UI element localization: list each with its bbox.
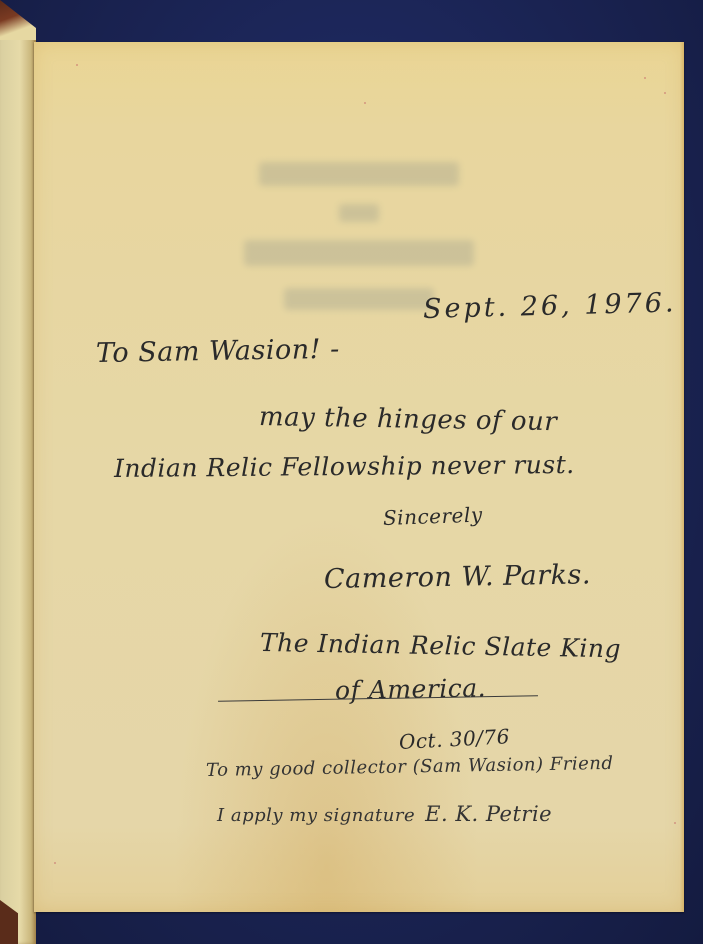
faded-text-line xyxy=(339,204,379,222)
second-inscription-text: I apply my signature xyxy=(217,805,415,826)
signer-title-line-2: of America. xyxy=(335,673,487,705)
foxing-spot xyxy=(364,102,366,104)
faded-text-line xyxy=(244,240,474,266)
signer-title-line-1: The Indian Relic Slate King xyxy=(260,628,622,663)
foxing-spot xyxy=(664,92,666,94)
second-inscription-line-2: I apply my signatureE. K. Petrie xyxy=(217,802,552,826)
second-inscription-line-1: To my good collector (Sam Wasion) Friend xyxy=(206,753,614,781)
signature-ek-petrie: E. K. Petrie xyxy=(425,802,552,826)
foxing-spot xyxy=(54,862,56,864)
inscription-date-2: Oct. 30/76 xyxy=(398,724,510,754)
inscription-salutation: To Sam Wasion! - xyxy=(96,334,340,369)
faded-text-line xyxy=(259,162,459,186)
signature-cameron-parks: Cameron W. Parks. xyxy=(324,559,591,595)
inscription-message-line-1: may the hinges of our xyxy=(259,402,558,437)
foxing-spot xyxy=(76,64,78,66)
faded-title-show-through xyxy=(34,162,684,310)
foxing-spot xyxy=(674,822,676,824)
inscription-closing: Sincerely xyxy=(383,503,483,530)
inscription-message-line-2: Indian Relic Fellowship never rust. xyxy=(114,450,575,483)
book-binding-edge xyxy=(0,30,36,944)
faded-text-line xyxy=(284,288,434,310)
book-endpaper: Sept. 26, 1976. To Sam Wasion! - may the… xyxy=(34,42,684,912)
inscription-date-1: Sept. 26, 1976. xyxy=(423,287,677,325)
foxing-spot xyxy=(644,77,646,79)
